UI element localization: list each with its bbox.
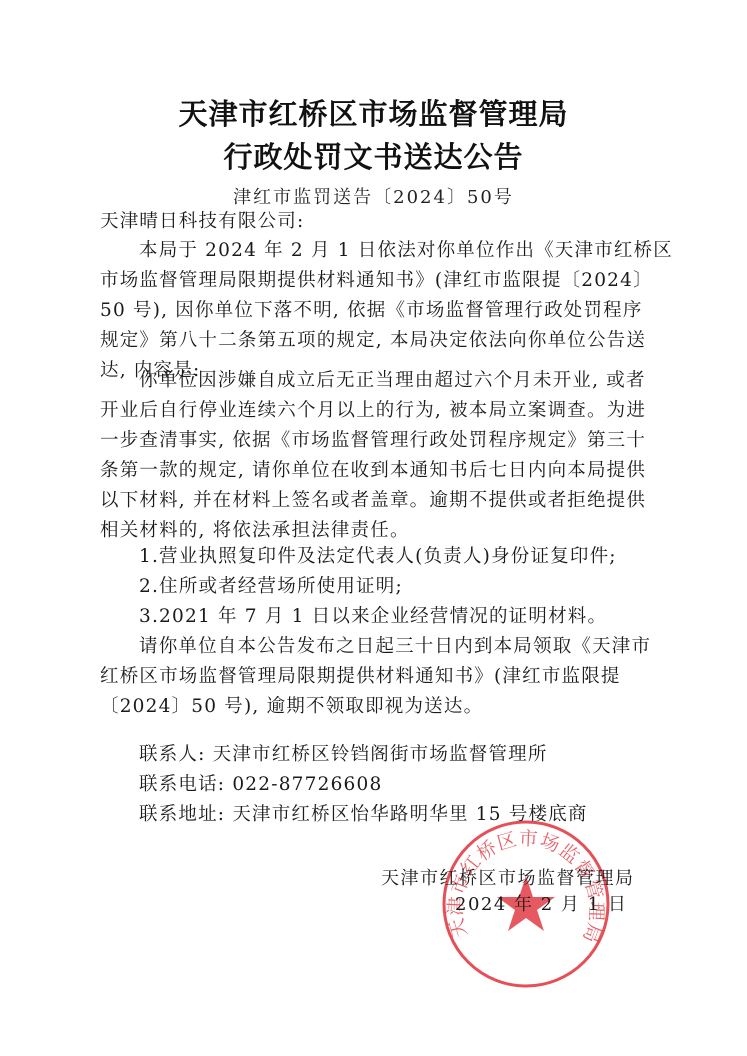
paragraph-1-line: 市场监督管理局限期提供材料通知书》(津红市监限提〔2024〕: [100, 266, 660, 292]
contact-phone: 联系电话: 022-87726608: [139, 770, 699, 796]
addressee: 天津晴日科技有限公司:: [100, 207, 660, 233]
contact-person: 联系人: 天津市红桥区铃铛阁街市场监督管理所: [139, 740, 699, 766]
page-subtitle: 行政处罚文书送达公告: [0, 135, 747, 176]
material-item: 2.住所或者经营场所使用证明;: [139, 572, 699, 598]
contact-phone-value: 022-87726608: [232, 774, 382, 795]
page-title: 天津市红桥区市场监督管理局: [0, 92, 747, 133]
contact-address-label: 联系地址:: [139, 804, 225, 825]
contact-phone-label: 联系电话:: [139, 774, 225, 795]
contact-person-label: 联系人:: [139, 744, 206, 765]
material-item: 3.2021 年 7 月 1 日以来企业经营情况的证明材料。: [139, 602, 699, 628]
issue-date: 2024 年 2 月 1 日: [455, 890, 627, 916]
contact-address: 联系地址: 天津市红桥区怡华路明华里 15 号楼底商: [139, 800, 699, 826]
paragraph-1-line: 规定》第八十二条第五项的规定, 本局决定依法向你单位公告送: [100, 326, 660, 352]
paragraph-2-line: 开业后自行停业连续六个月以上的行为, 被本局立案调查。为进: [100, 396, 660, 422]
paragraph-2-line: 你单位因涉嫌自成立后无正当理由超过六个月未开业, 或者: [139, 366, 699, 392]
contact-person-value: 天津市红桥区铃铛阁街市场监督管理所: [213, 744, 548, 765]
paragraph-1-line: 50 号), 因你单位下落不明, 依据《市场监督管理行政处罚程序: [100, 296, 660, 322]
paragraph-2-line: 条第一款的规定, 请你单位在收到本通知书后七日内向本局提供: [100, 456, 660, 482]
paragraph-2-line: 相关材料的, 将依法承担法律责任。: [100, 516, 660, 542]
material-item: 1.营业执照复印件及法定代表人(负责人)身份证复印件;: [139, 542, 699, 568]
closing-line: 红桥区市场监督管理局限期提供材料通知书》(津红市监限提: [100, 662, 660, 688]
paragraph-2-line: 一步查清事实, 依据《市场监督管理行政处罚程序规定》第三十: [100, 426, 660, 452]
paragraph-2-line: 以下材料, 并在材料上签名或者盖章。逾期不提供或者拒绝提供: [100, 486, 660, 512]
closing-line: 〔2024〕50 号), 逾期不领取即视为送达。: [100, 692, 660, 718]
issuer-signature: 天津市红桥区市场监督管理局: [381, 864, 635, 890]
paragraph-1-line: 本局于 2024 年 2 月 1 日依法对你单位作出《天津市红桥区: [139, 236, 699, 262]
document-page: 天津市红桥区市场监督管理局 行政处罚文书送达公告 津红市监罚送告〔2024〕50…: [0, 0, 747, 1056]
document-number: 津红市监罚送告〔2024〕50号: [0, 183, 747, 209]
closing-line: 请你单位自本公告发布之日起三十日内到本局领取《天津市: [139, 632, 699, 658]
